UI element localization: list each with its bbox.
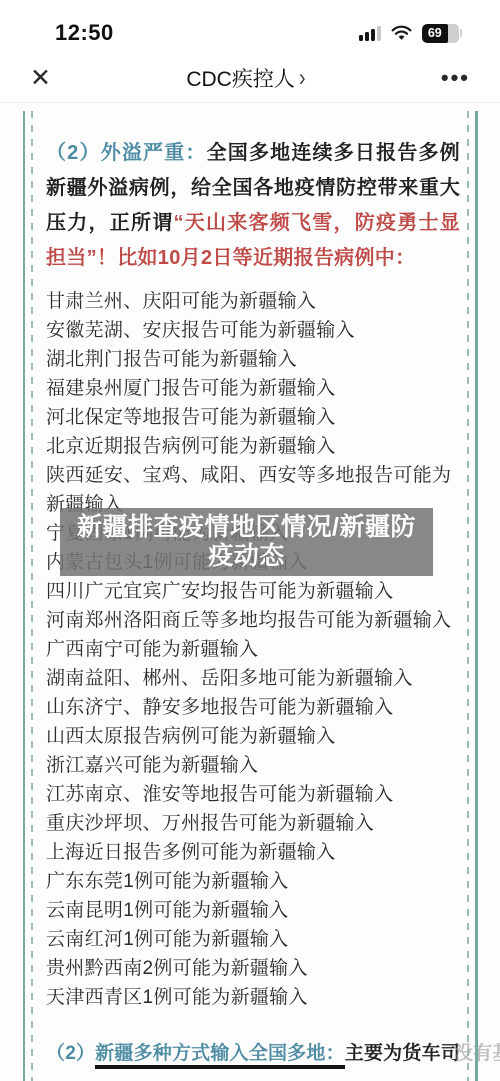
status-icons: 69 (359, 24, 463, 43)
list-item: 云南昆明1例可能为新疆输入 (46, 896, 460, 925)
account-title[interactable]: CDC疾控人 › (186, 63, 305, 93)
battery-percent: 69 (422, 24, 449, 43)
left-border-dashes (31, 111, 33, 1081)
clock: 12:50 (55, 20, 114, 46)
location-list: 甘肃兰州、庆阳可能为新疆输入安徽芜湖、安庆报告可能为新疆输入湖北荆门报告可能为新… (46, 287, 460, 1012)
list-item: 浙江嘉兴可能为新疆输入 (46, 751, 460, 780)
list-item: 上海近日报告多例可能为新疆输入 (46, 838, 460, 867)
right-border-line (475, 111, 478, 1081)
list-item: 江苏南京、淮安等地报告可能为新疆输入 (46, 780, 460, 809)
cellular-signal-icon (359, 25, 381, 41)
list-item: 福建泉州厦门报告可能为新疆输入 (46, 374, 460, 403)
list-item: 安徽芜湖、安庆报告可能为新疆输入 (46, 316, 460, 345)
article-image[interactable]: （2）外溢严重：全国多地连续多日报告多例新疆外溢病例，给全国各地疫情防控带来重大… (0, 102, 500, 1081)
paragraph-input-methods: （2）新疆多种方式输入全国多地：主要为货车司没有基 (46, 1038, 460, 1065)
nav-bar: ✕ CDC疾控人 › ••• (0, 54, 500, 102)
list-item: 云南红河1例可能为新疆输入 (46, 925, 460, 954)
paragraph-spillover: （2）外溢严重：全国多地连续多日报告多例新疆外溢病例，给全国各地疫情防控带来重大… (46, 136, 460, 276)
left-border-line (23, 111, 25, 1081)
list-item: 河南郑州洛阳商丘等多地均报告可能为新疆输入 (46, 606, 460, 635)
list-item: 北京近期报告病例可能为新疆输入 (46, 432, 460, 461)
paragraph2-blue-underlined: 新疆多种方式输入全国多地： (95, 1043, 345, 1069)
close-icon[interactable]: ✕ (30, 66, 51, 91)
paragraph2-number: （2） (46, 1043, 95, 1064)
status-bar: 12:50 69 (0, 0, 500, 54)
list-item: 贵州黔西南2例可能为新疆输入 (46, 954, 460, 983)
list-item: 重庆沙坪坝、万州报告可能为新疆输入 (46, 809, 460, 838)
article-content: （2）外溢严重：全国多地连续多日报告多例新疆外溢病例，给全国各地疫情防控带来重大… (0, 103, 500, 1065)
list-item: 甘肃兰州、庆阳可能为新疆输入 (46, 287, 460, 316)
paragraph2-body-text: 主要为货车司 (345, 1043, 460, 1064)
right-border-dashes (467, 111, 469, 1081)
list-item: 广东东莞1例可能为新疆输入 (46, 867, 460, 896)
list-item: 湖南益阳、郴州、岳阳多地可能为新疆输入 (46, 664, 460, 693)
list-item: 湖北荆门报告可能为新疆输入 (46, 345, 460, 374)
paragraph-blue-heading: 外溢严重： (101, 142, 207, 164)
chevron-right-icon: › (299, 64, 306, 93)
list-item: 河北保定等地报告可能为新疆输入 (46, 403, 460, 432)
battery-icon: 69 (422, 24, 463, 43)
paragraph-number: （2） (46, 142, 101, 164)
list-item: 四川广元宜宾广安均报告可能为新疆输入 (46, 577, 460, 606)
list-item: 山东济宁、静安多地报告可能为新疆输入 (46, 693, 460, 722)
video-title-overlay: 新疆排查疫情地区情况/新疆防疫动态 (60, 508, 433, 576)
list-item: 天津西青区1例可能为新疆输入 (46, 983, 460, 1012)
account-title-label: CDC疾控人 (186, 63, 295, 93)
list-item: 广西南宁可能为新疆输入 (46, 635, 460, 664)
list-item: 山西太原报告病例可能为新疆输入 (46, 722, 460, 751)
more-menu-icon[interactable]: ••• (441, 74, 470, 83)
wifi-icon (390, 25, 413, 42)
